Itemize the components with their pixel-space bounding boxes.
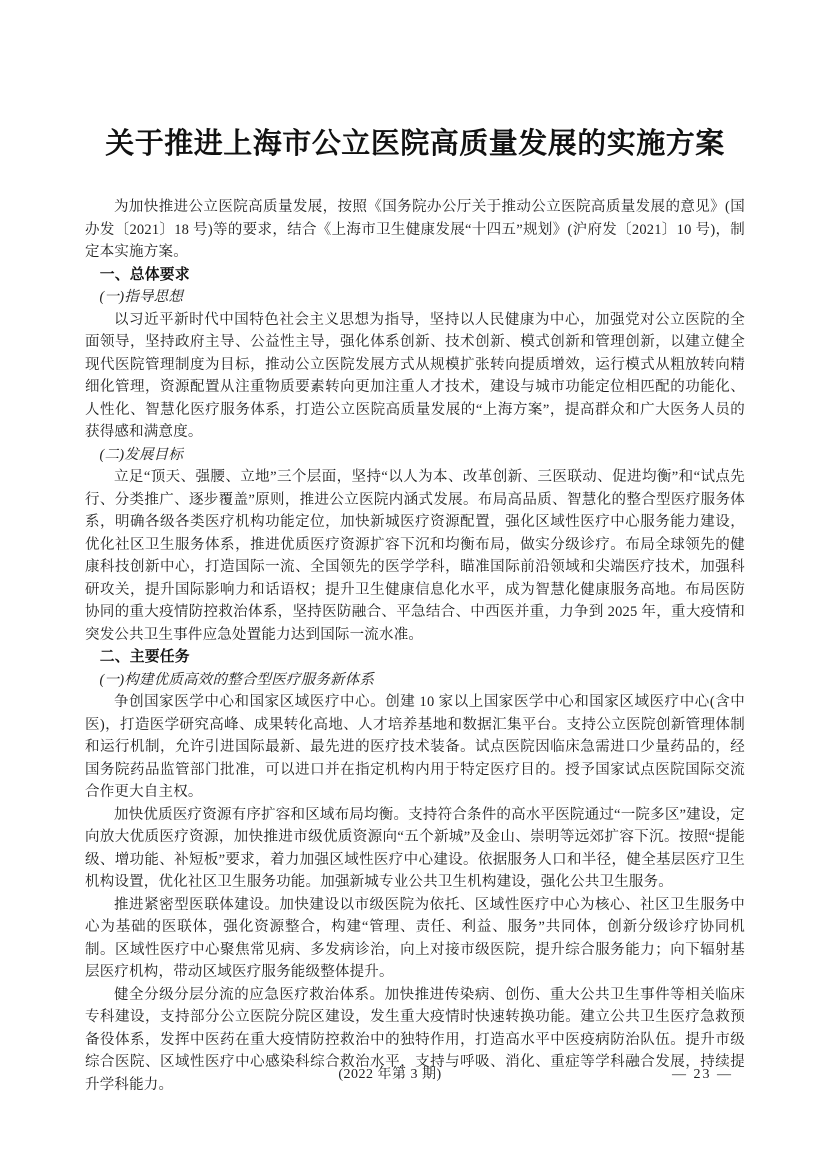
journal-issue-label: (2022 年第 3 期) xyxy=(60,1064,720,1086)
section-heading-main-tasks: 二、主要任务 xyxy=(85,646,745,669)
section-heading-overall: 一、总体要求 xyxy=(85,264,745,287)
paragraph-national-medical-centers: 争创国家医学中心和国家区域医疗中心。创建 10 家以上国家医学中心和国家区域医疗… xyxy=(85,691,745,804)
paragraph-intro: 为加快推进公立医院高质量发展，按照《国务院办公厅关于推动公立医院高质量发展的意见… xyxy=(85,196,745,264)
paragraph-resource-expansion: 加快优质医疗资源有序扩容和区域布局均衡。支持符合条件的高水平医院通过“一院多区”… xyxy=(85,804,745,894)
paragraph-guiding-ideology: 以习近平新时代中国特色社会主义思想为指导，坚持以人民健康为中心，加强党对公立医院… xyxy=(85,309,745,444)
subsection-heading-development-goals: (二)发展目标 xyxy=(85,444,745,467)
subsection-heading-guiding-ideology: (一)指导思想 xyxy=(85,286,745,309)
page-number: — 23 — xyxy=(672,1064,733,1086)
document-title: 关于推进上海市公立医院高质量发展的实施方案 xyxy=(85,124,745,164)
document-page: 关于推进上海市公立医院高质量发展的实施方案 为加快推进公立医院高质量发展，按照《… xyxy=(0,0,827,1170)
paragraph-development-goals: 立足“顶天、强腰、立地”三个层面，坚持“以人为本、改革创新、三医联动、促进均衡”… xyxy=(85,466,745,646)
document-body: 关于推进上海市公立医院高质量发展的实施方案 为加快推进公立医院高质量发展，按照《… xyxy=(85,124,745,1096)
subsection-heading-service-system: (一)构建优质高效的整合型医疗服务新体系 xyxy=(85,669,745,692)
page-footer: (2022 年第 3 期) — 23 — xyxy=(85,1064,745,1086)
paragraph-medical-consortium: 推进紧密型医联体建设。加快建设以市级医院为依托、区域性医疗中心为核心、社区卫生服… xyxy=(85,894,745,984)
